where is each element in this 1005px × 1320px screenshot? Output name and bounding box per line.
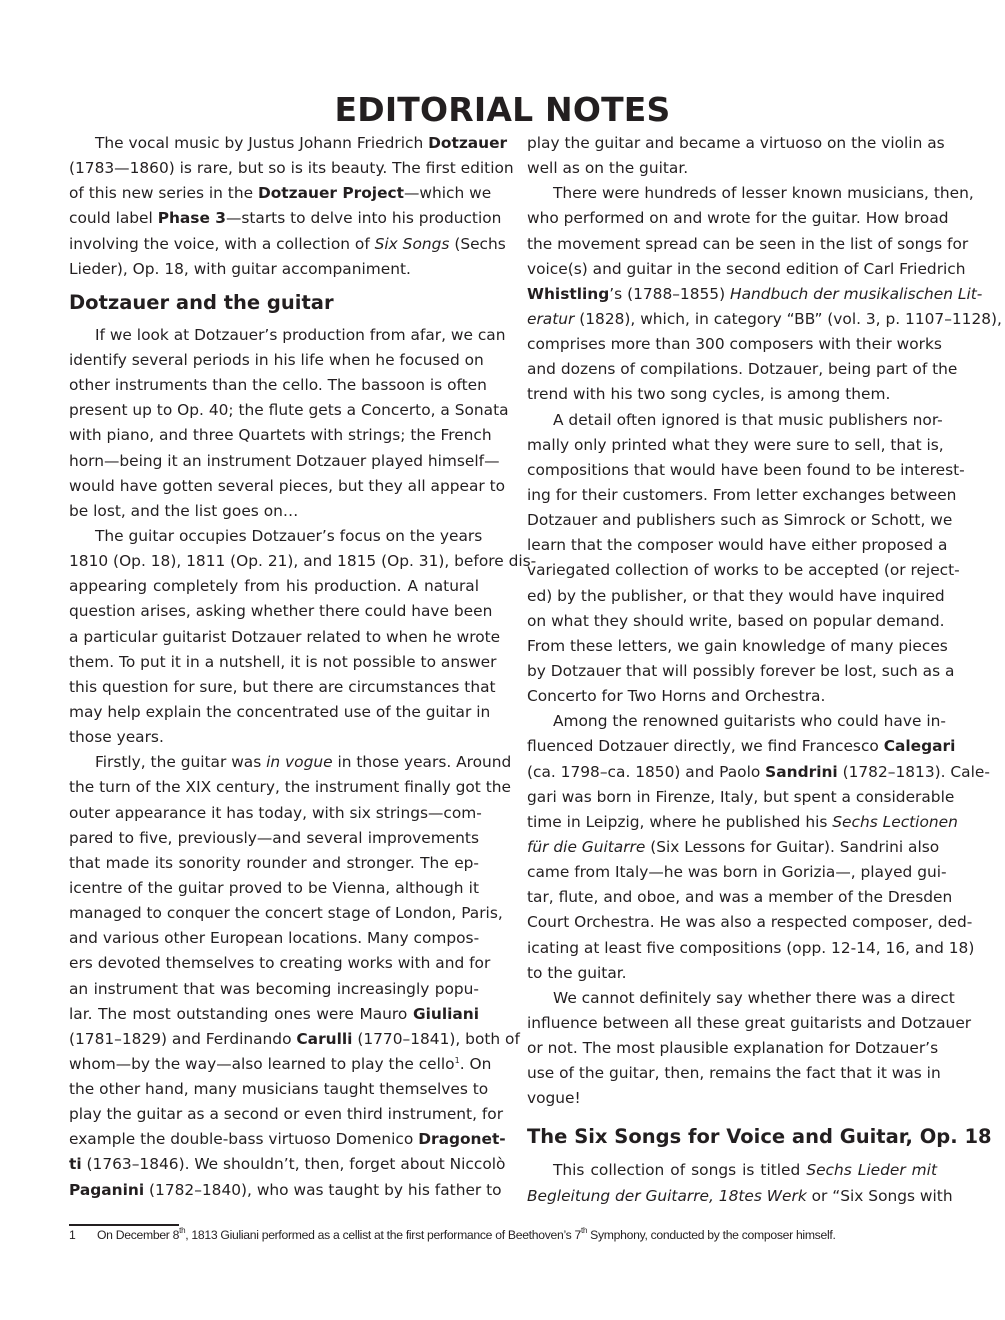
text-line: identify several periods in his life whe… — [69, 348, 479, 373]
text-line: If we look at Dotzauer’s production from… — [69, 323, 479, 348]
text-line: horn—being it an instrument Dotzauer pla… — [69, 449, 479, 474]
italic-title: Begleitung der Guitarre, 18tes Werk — [527, 1187, 807, 1205]
text-line: of this new series in the Dotzauer Proje… — [69, 181, 479, 206]
text: . On — [460, 1055, 492, 1073]
text: ’s (1788–1855) — [609, 285, 730, 303]
text-line: came from Italy—he was born in Gorizia—,… — [527, 860, 937, 885]
text-line: Dotzauer and publishers such as Simrock … — [527, 508, 937, 533]
section-heading-dotzauer-guitar: Dotzauer and the guitar — [69, 285, 479, 321]
text-line: and dozens of compilations. Dotzauer, be… — [527, 357, 937, 382]
text: fluenced Dotzauer directly, we find Fran… — [527, 737, 884, 755]
text-line: voice(s) and guitar in the second editio… — [527, 257, 937, 282]
paragraph-guitar-years: The guitar occupies Dotzauer’s focus on … — [69, 524, 479, 750]
text-line: mally only printed what they were sure t… — [527, 433, 937, 458]
text-line: (1781–1829) and Ferdinando Carulli (1770… — [69, 1027, 479, 1052]
text: whom—by the way—also learned to play the… — [69, 1055, 455, 1073]
text-line: be lost, and the list goes on… — [69, 499, 479, 524]
text-line: fluenced Dotzauer directly, we find Fran… — [527, 734, 937, 759]
italic-title: Sechs Lieder mit — [806, 1161, 937, 1179]
text: could label — [69, 209, 158, 227]
text-line: other instruments than the cello. The ba… — [69, 373, 479, 398]
text: time in Leipzig, where he published his — [527, 813, 832, 831]
footnote-divider — [69, 1224, 179, 1226]
text-line: or not. The most plausible explanation f… — [527, 1036, 937, 1061]
page-title: EDITORIAL NOTES — [0, 90, 1005, 129]
text-line: outer appearance it has today, with six … — [69, 801, 479, 826]
text-line: involving the voice, with a collection o… — [69, 232, 479, 257]
text: involving the voice, with a collection o… — [69, 235, 375, 253]
text: in those years. Around — [333, 753, 512, 771]
text-line: appearing completely from his production… — [69, 574, 479, 599]
text-line: ti (1763–1846). We shouldn’t, then, forg… — [69, 1152, 479, 1177]
text: lar. The most outstanding ones were Maur… — [69, 1005, 413, 1023]
text-line: influence between all these great guitar… — [527, 1011, 937, 1036]
text-line: für die Guitarre (Six Lessons for Guitar… — [527, 835, 937, 860]
text-line: the other hand, many musicians taught th… — [69, 1077, 479, 1102]
text-line: tar, flute, and oboe, and was a member o… — [527, 885, 937, 910]
text-line: Concerto for Two Horns and Orchestra. — [527, 684, 937, 709]
text-line: Paganini (1782–1840), who was taught by … — [69, 1178, 479, 1203]
text-line: icentre of the guitar proved to be Vienn… — [69, 876, 479, 901]
footnote-number: 1 — [69, 1228, 75, 1243]
text: —starts to delve into his production — [226, 209, 501, 227]
text-line: ed) by the publisher, or that they would… — [527, 584, 937, 609]
bold-name: Giuliani — [413, 1005, 479, 1023]
text: (Sechs — [449, 235, 505, 253]
text-line: to the guitar. — [527, 961, 937, 986]
text: (1770–1841), both of — [352, 1030, 519, 1048]
text: (1782–1840), who was taught by his fathe… — [144, 1181, 501, 1199]
bold-name: Dragonet- — [418, 1130, 505, 1148]
italic-title: eratur — [527, 310, 574, 328]
text-line: Firstly, the guitar was in vogue in thos… — [69, 750, 479, 775]
paragraph-in-vogue-continued: play the guitar and became a virtuoso on… — [527, 131, 937, 181]
text-line: example the double-bass virtuoso Domenic… — [69, 1127, 479, 1152]
text-line: them. To put it in a nutshell, it is not… — [69, 650, 479, 675]
text-line: The vocal music by Justus Johann Friedri… — [69, 131, 479, 156]
text-line: an instrument that was becoming increasi… — [69, 977, 479, 1002]
text-line: This collection of songs is titled Sechs… — [527, 1158, 937, 1183]
text-line: time in Leipzig, where he published his … — [527, 810, 937, 835]
paragraph-lesser-known: There were hundreds of lesser known musi… — [527, 181, 937, 407]
text-line: managed to conquer the concert stage of … — [69, 901, 479, 926]
text-line: with piano, and three Quartets with stri… — [69, 423, 479, 448]
bold-name: Carulli — [296, 1030, 352, 1048]
text: (1781–1829) and Ferdinando — [69, 1030, 296, 1048]
bold-name: Paganini — [69, 1181, 144, 1199]
text-line: (1783—1860) is rare, but so is its beaut… — [69, 156, 479, 181]
text-line: the movement spread can be seen in the l… — [527, 232, 937, 257]
text-line: pared to five, previously—and several im… — [69, 826, 479, 851]
text-line: comprises more than 300 composers with t… — [527, 332, 937, 357]
text-line: gari was born in Firenze, Italy, but spe… — [527, 785, 937, 810]
text-line: who performed on and wrote for the guita… — [527, 206, 937, 231]
text-line: Court Orchestra. He was also a respected… — [527, 910, 937, 935]
paragraph-conclusion: We cannot definitely say whether there w… — [527, 986, 937, 1112]
section-heading-six-songs: The Six Songs for Voice and Guitar, Op. … — [527, 1119, 937, 1155]
text-line: by Dotzauer that will possibly forever b… — [527, 659, 937, 684]
text-line: and various other European locations. Ma… — [69, 926, 479, 951]
text-line: Among the renowned guitarists who could … — [527, 709, 937, 734]
bold-name: Sandrini — [765, 763, 838, 781]
text: Firstly, the guitar was — [95, 753, 266, 771]
text-line: on what they should write, based on popu… — [527, 609, 937, 634]
text-line: ing for their customers. From letter exc… — [527, 483, 937, 508]
intro-paragraph: The vocal music by Justus Johann Friedri… — [69, 131, 479, 282]
text-line: (ca. 1798–ca. 1850) and Paolo Sandrini (… — [527, 760, 937, 785]
italic-term: in vogue — [266, 753, 332, 771]
text-line: vogue! — [527, 1086, 937, 1111]
text-line: trend with his two song cycles, is among… — [527, 382, 937, 407]
text-line: Whistling’s (1788–1855) Handbuch der mus… — [527, 282, 937, 307]
text: The vocal music by Justus Johann Friedri… — [95, 134, 428, 152]
paragraph-renowned-guitarists: Among the renowned guitarists who could … — [527, 709, 937, 986]
text-line: well as on the guitar. — [527, 156, 937, 181]
text: (1782–1813). Cale- — [838, 763, 990, 781]
paragraph-in-vogue: Firstly, the guitar was in vogue in thos… — [69, 750, 479, 1203]
text-line: that made its sonority rounder and stron… — [69, 851, 479, 876]
paragraph-periods: If we look at Dotzauer’s production from… — [69, 323, 479, 524]
paragraph-collection-title: This collection of songs is titled Sechs… — [527, 1158, 937, 1208]
text-line: ers devoted themselves to creating works… — [69, 951, 479, 976]
text-line: There were hundreds of lesser known musi… — [527, 181, 937, 206]
text: (ca. 1798–ca. 1850) and Paolo — [527, 763, 765, 781]
bold-term: Dotzauer Project — [258, 184, 404, 202]
text-line: compositions that would have been found … — [527, 458, 937, 483]
text: This collection of songs is titled — [553, 1161, 806, 1179]
text-line: icating at least five compositions (opp.… — [527, 936, 937, 961]
bold-term: Phase 3 — [158, 209, 226, 227]
text-line: would have gotten several pieces, but th… — [69, 474, 479, 499]
text-line: play the guitar and became a virtuoso on… — [527, 131, 937, 156]
text-line: lar. The most outstanding ones were Maur… — [69, 1002, 479, 1027]
text-line: Begleitung der Guitarre, 18tes Werk or “… — [527, 1184, 937, 1209]
text-line: A detail often ignored is that music pub… — [527, 408, 937, 433]
left-column: The vocal music by Justus Johann Friedri… — [69, 131, 479, 1203]
italic-title: Six Songs — [375, 235, 450, 253]
text-line: a particular guitarist Dotzauer related … — [69, 625, 479, 650]
text-line: question arises, asking whether there co… — [69, 599, 479, 624]
text: example the double-bass virtuoso Domenic… — [69, 1130, 418, 1148]
text: (1828), which, in category “BB” (vol. 3,… — [574, 310, 1002, 328]
text: (1763–1846). We shouldn’t, then, forget … — [82, 1155, 506, 1173]
text-line: Lieder), Op. 18, with guitar accompanime… — [69, 257, 479, 282]
text: (Six Lessons for Guitar). Sandrini also — [645, 838, 939, 856]
bold-name: Calegari — [884, 737, 956, 755]
text-line: The guitar occupies Dotzauer’s focus on … — [69, 524, 479, 549]
text-line: this question for sure, but there are ci… — [69, 675, 479, 700]
right-column: play the guitar and became a virtuoso on… — [527, 131, 937, 1209]
bold-name: ti — [69, 1155, 82, 1173]
text-line: present up to Op. 40; the flute gets a C… — [69, 398, 479, 423]
text: On December 8 — [97, 1228, 179, 1242]
text-line: may help explain the concentrated use of… — [69, 700, 479, 725]
text-line: those years. — [69, 725, 479, 750]
text-line: use of the guitar, then, remains the fac… — [527, 1061, 937, 1086]
text-line: variegated collection of works to be acc… — [527, 558, 937, 583]
text-line: learn that the composer would have eithe… — [527, 533, 937, 558]
text: —which we — [404, 184, 491, 202]
text: or “Six Songs with — [807, 1187, 953, 1205]
text-line: play the guitar as a second or even thir… — [69, 1102, 479, 1127]
italic-title: Handbuch der musikalischen Lit- — [730, 285, 982, 303]
italic-title: Sechs Lectionen — [832, 813, 958, 831]
text-line: whom—by the way—also learned to play the… — [69, 1052, 479, 1077]
text-line: the turn of the XIX century, the instrum… — [69, 775, 479, 800]
footnote-text: On December 8th, 1813 Giuliani performed… — [97, 1228, 942, 1243]
bold-name: Whistling — [527, 285, 609, 303]
text-line: eratur (1828), which, in category “BB” (… — [527, 307, 937, 332]
text-line: We cannot definitely say whether there w… — [527, 986, 937, 1011]
bold-name: Dotzauer — [428, 134, 507, 152]
text: Symphony, conducted by the composer hims… — [587, 1228, 835, 1242]
italic-title: für die Guitarre — [527, 838, 645, 856]
text: , 1813 Giuliani performed as a cellist a… — [185, 1228, 581, 1242]
paragraph-publishers: A detail often ignored is that music pub… — [527, 408, 937, 710]
text-line: 1810 (Op. 18), 1811 (Op. 21), and 1815 (… — [69, 549, 479, 574]
text-line: From these letters, we gain knowledge of… — [527, 634, 937, 659]
text: of this new series in the — [69, 184, 258, 202]
text-line: could label Phase 3—starts to delve into… — [69, 206, 479, 231]
